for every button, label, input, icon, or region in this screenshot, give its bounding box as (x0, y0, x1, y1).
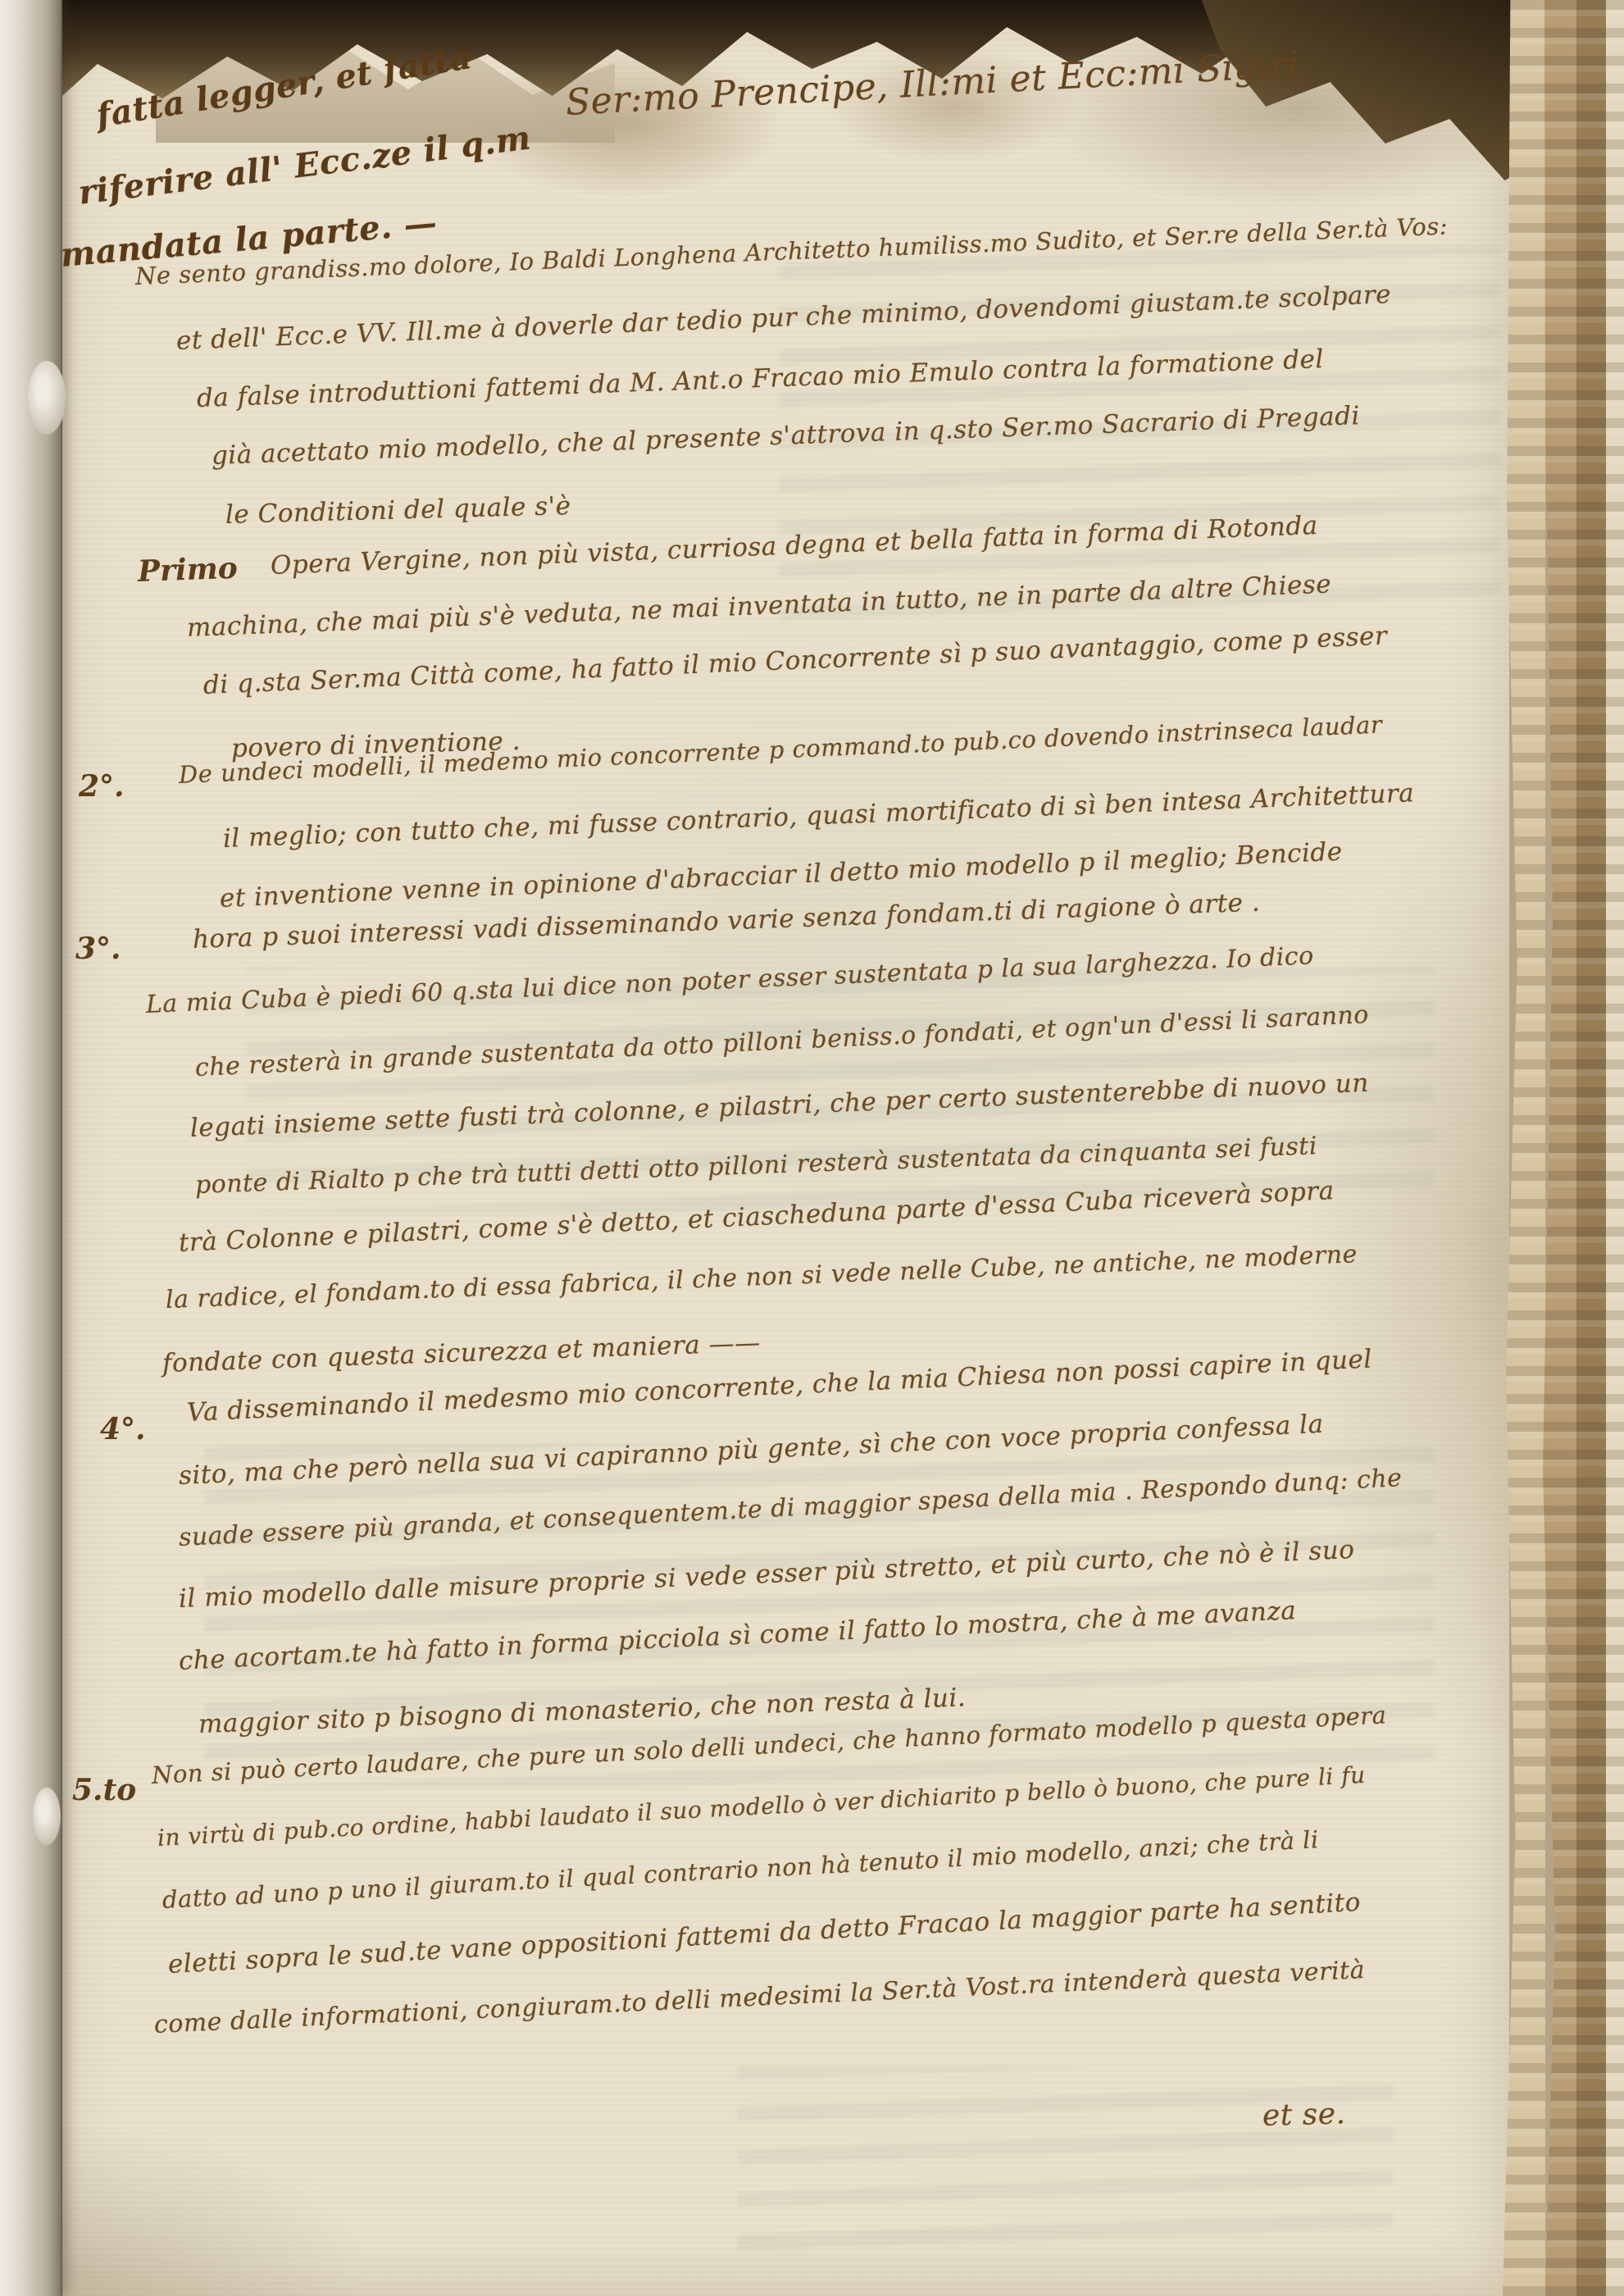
manuscript-photo: fatta legger, et fatta riferire all' Ecc… (0, 0, 1624, 2296)
marginal-note-line: fatta legger, et fatta (93, 38, 474, 135)
paragraph-line: da false introduttioni fattemi da M. Ant… (196, 344, 1324, 413)
paragraph-marker: 2°. (79, 769, 125, 804)
paragraph-line: già acettato mio modello, che al present… (211, 401, 1360, 471)
paragraph-marker: Primo (137, 551, 238, 589)
document-heading: Ser:mo Prencipe, Ill:mi et Ecc:mi Sig:ri (565, 43, 1301, 124)
paragraph-marker: 4°. (100, 1412, 146, 1446)
handwritten-text-layer: fatta legger, et fatta riferire all' Ecc… (0, 0, 1624, 2296)
paragraph-line: che acortam.te hà fatto in forma picciol… (178, 1596, 1297, 1676)
paragraph-line: le Conditioni del quale s'è (225, 491, 571, 530)
paragraph-line: fondate con questa sicurezza et maniera … (161, 1328, 761, 1378)
closing-note: et se. (1262, 2097, 1345, 2133)
paragraph-line: legati insieme sette fusti trà colonne, … (189, 1068, 1369, 1143)
paragraph-line: la radice, el fondam.to di essa fabrica,… (165, 1240, 1358, 1314)
paragraph-line: che resterà in grande sustentata da otto… (194, 1000, 1369, 1082)
paragraph-line: et dell' Ecc.e VV. Ill.me à doverle dar … (175, 280, 1391, 356)
paragraph-marker: 3°. (75, 932, 121, 966)
marginal-note-line: riferire all' Ecc.ze il q.m (76, 118, 533, 212)
paragraph-marker: 5.to (72, 1773, 136, 1807)
paragraph-line: La mia Cuba è piedi 60 q.sta lui dice no… (145, 941, 1314, 1019)
